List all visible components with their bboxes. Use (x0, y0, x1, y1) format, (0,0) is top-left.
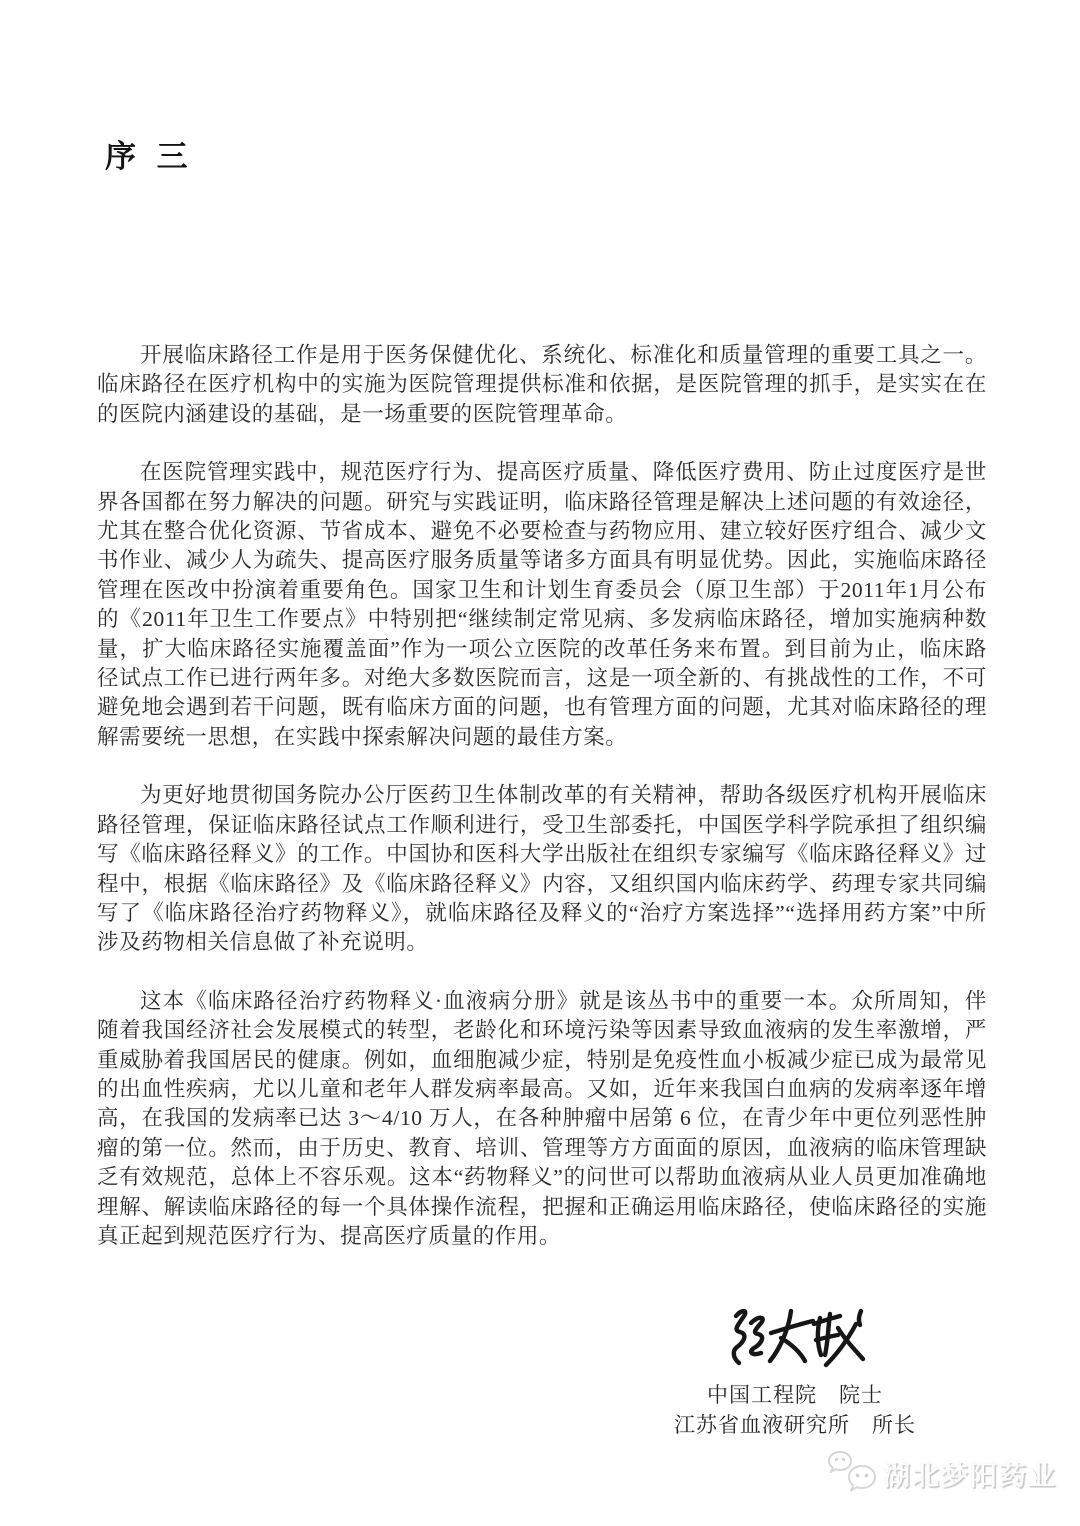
signature-block: 中国工程院 院士 江苏省血液研究所 所长 (620, 1302, 970, 1440)
paragraph: 开展临床路径工作是用于医务保健优化、系统化、标准化和质量管理的重要工具之一。临床… (97, 341, 987, 429)
document-page: 序 三 开展临床路径工作是用于医务保健优化、系统化、标准化和质量管理的重要工具之… (0, 0, 1080, 1526)
watermark: 湖北梦阳药业 (826, 1449, 1057, 1497)
paragraph: 在医院管理实践中，规范医疗行为、提高医疗质量、降低医疗费用、防止过度医疗是世界各… (97, 458, 987, 752)
paragraph: 这本《临床路径治疗药物释义·血液病分册》就是该丛书中的重要一本。众所周知，伴随着… (97, 987, 987, 1252)
preface-body: 开展临床路径工作是用于医务保健优化、系统化、标准化和质量管理的重要工具之一。临床… (97, 341, 987, 1251)
paragraph: 为更好地贯彻国务院办公厅医药卫生体制改革的有关精神，帮助各级医疗机构开展临床路径… (97, 781, 987, 957)
signer-title-line: 中国工程院 院士 (620, 1380, 970, 1410)
page-title: 序 三 (105, 131, 194, 176)
handwritten-signature-image (720, 1302, 870, 1374)
signer-title-line: 江苏省血液研究所 所长 (620, 1410, 970, 1440)
watermark-text: 湖北梦阳药业 (883, 1454, 1057, 1493)
wechat-icon (826, 1449, 878, 1497)
